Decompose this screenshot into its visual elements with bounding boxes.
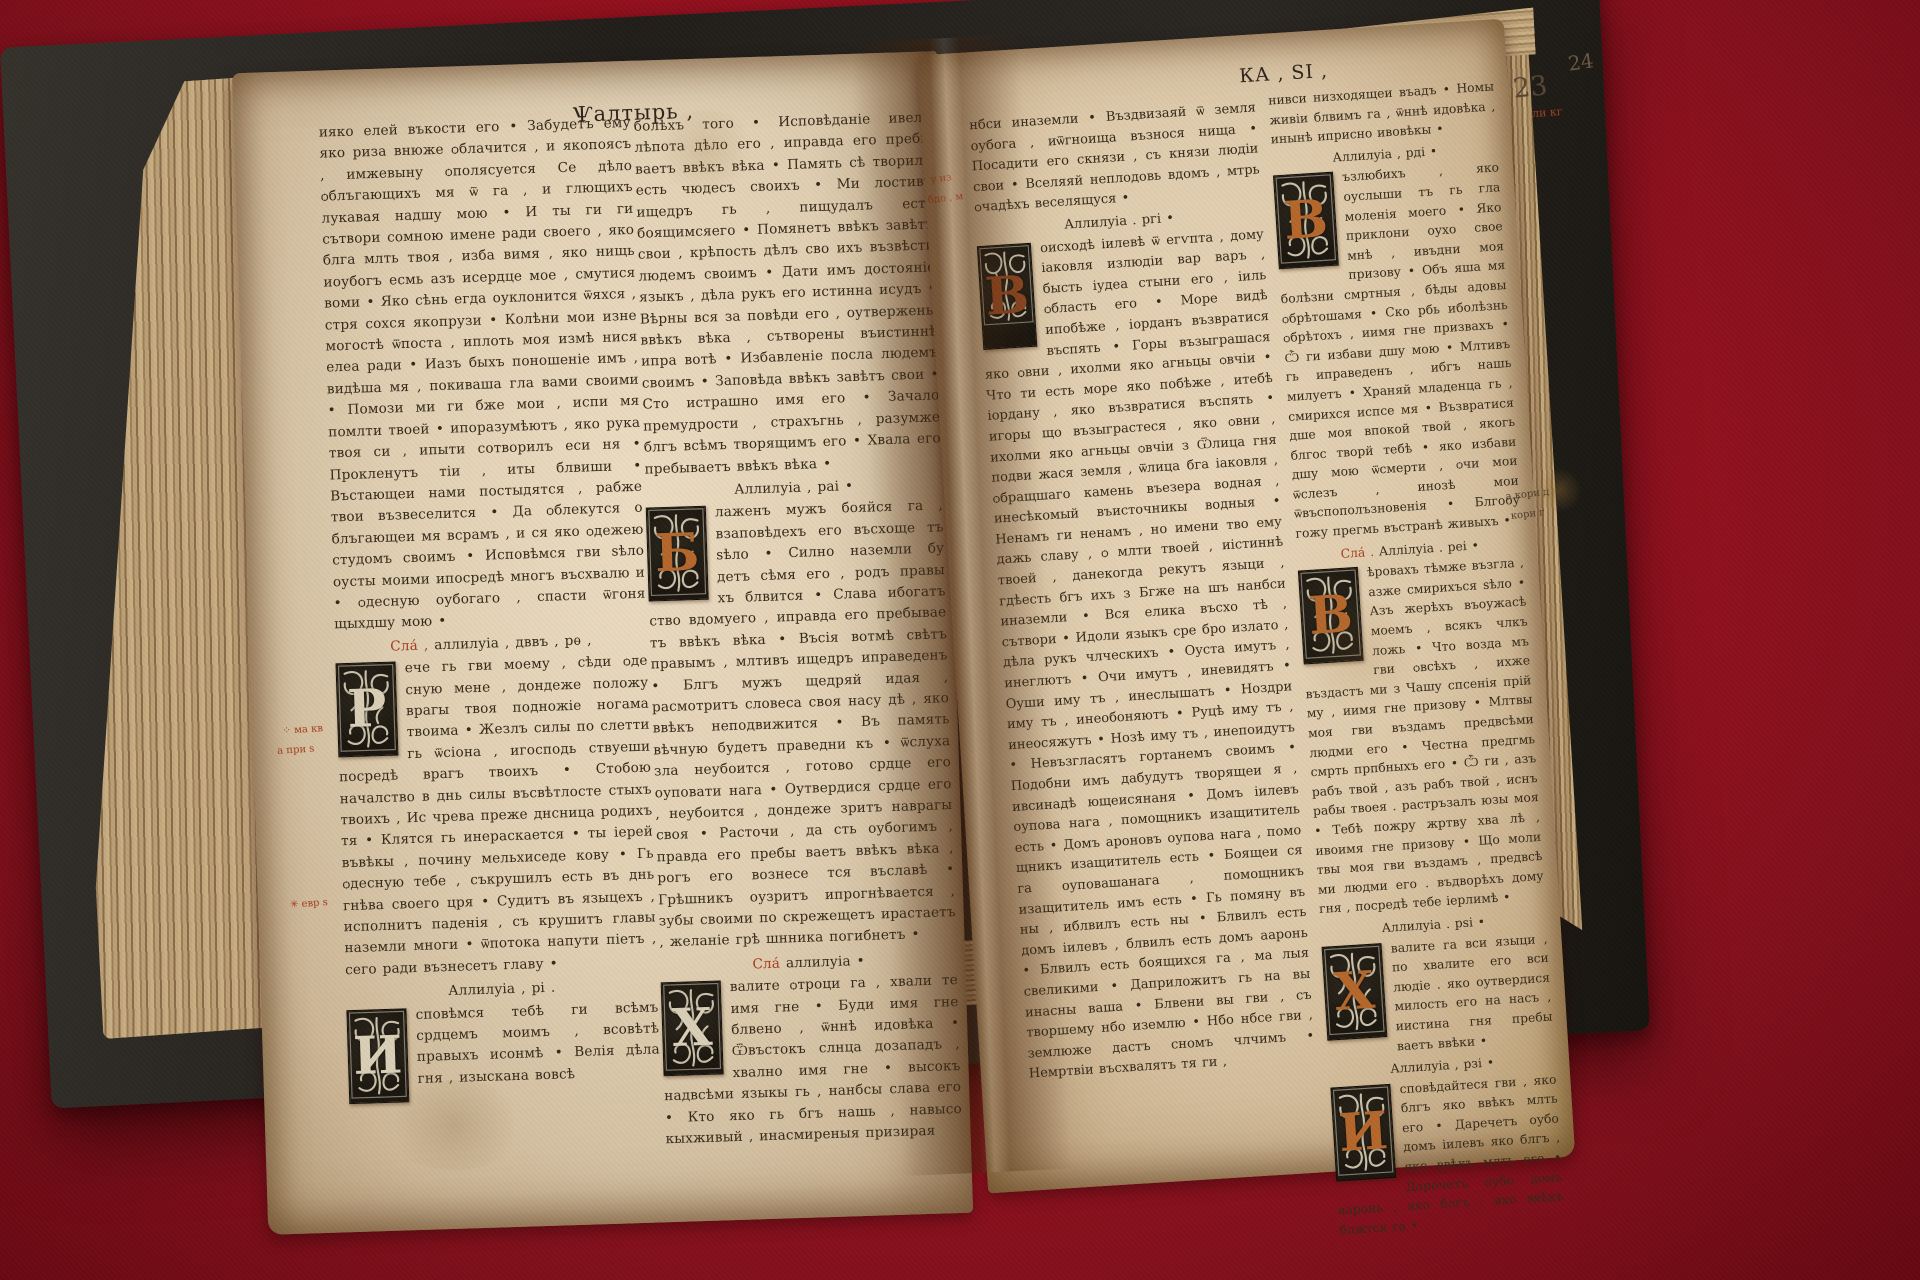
ornamental-initial: В bbox=[977, 242, 1037, 349]
psalm-block: ияко елей въкости его • Забудетъ ему яко… bbox=[319, 113, 647, 636]
psalm-block: болѣхъ того • Исповѣданіе ивеле лѣпота д… bbox=[633, 107, 941, 480]
margin-note: а при ѕ bbox=[277, 742, 315, 757]
ornamental-initial: И bbox=[346, 1008, 409, 1104]
psalm-text: оисходѣ іилевѣ ѿ егѵпта , дому іаковля и… bbox=[977, 225, 1316, 1086]
psalm-block: нбси иназемли • Въздвизаяй ѿ земля оубог… bbox=[969, 98, 1262, 219]
psalm-text: ияко елей въкости его • Забудетъ ему яко… bbox=[319, 113, 647, 636]
ornamental-initial: В bbox=[1298, 567, 1364, 665]
psalm-block: В ъзлюбихъ , яко оуслыши тъ гь гла молен… bbox=[1273, 159, 1522, 547]
ornamental-initial: Р bbox=[336, 662, 399, 758]
psalm-block: Р ече гь гви моему , сѣди ѻде сную мене … bbox=[335, 651, 657, 984]
initial-letter: Р bbox=[337, 663, 398, 757]
folio-red-note: ли кг bbox=[1532, 105, 1563, 120]
margin-note: у из bbox=[930, 171, 953, 186]
left-page-column-2: болѣхъ того • Исповѣданіе ивеле лѣпота д… bbox=[633, 107, 962, 1152]
ornamental-initial: Х bbox=[661, 981, 724, 1077]
psalm-block: Б лаженъ мужъ бояйся га , взаповѣдехъ ег… bbox=[646, 496, 957, 957]
photo-scene: Ѱалтырь , ияко елей въкости его • Забуде… bbox=[0, 0, 1920, 1280]
psalm-text: нбси иназемли • Въздвизаяй ѿ земля оубог… bbox=[969, 98, 1262, 219]
initial-letter: И bbox=[347, 1009, 408, 1103]
ornamental-initial: В bbox=[1273, 172, 1339, 270]
psalm-block: Х валите га вси языци , по хвалите его в… bbox=[1321, 929, 1554, 1063]
left-page: Ѱалтырь , ияко елей въкости его • Забуде… bbox=[232, 51, 973, 1235]
ornamental-initial: И bbox=[1330, 1084, 1396, 1182]
psalm-block: И сповѣмся тебѣ ги всѣмъ срдцемъ моимъ ,… bbox=[346, 997, 661, 1106]
margin-note: ✳ евр ѕ bbox=[290, 896, 329, 911]
right-page-column-1: нбси иназемли • Въздвизаяй ѿ земля оубог… bbox=[969, 98, 1317, 1087]
folio-number-pencil-back: 24 bbox=[1566, 48, 1595, 75]
initial-letter: Х bbox=[662, 982, 723, 1076]
folio-number-pencil: 23 bbox=[1511, 70, 1548, 104]
psalm-block: Х валите ѻтроци га , хвали те имя гне • … bbox=[661, 970, 963, 1152]
initial-letter: В bbox=[1274, 173, 1338, 268]
initial-letter: Х bbox=[1323, 944, 1387, 1039]
psalm-block: В ѣровахъ тѣмже възгла , азже смирихъся … bbox=[1298, 554, 1546, 922]
ornamental-initial: Б bbox=[646, 506, 709, 602]
initial-letter: В bbox=[1299, 568, 1363, 663]
margin-note: бдо , м bbox=[927, 190, 964, 207]
rubric-red-text: Сла́ , bbox=[390, 637, 434, 654]
initial-letter: В bbox=[978, 243, 1036, 348]
margin-note: ⁘ ма кв bbox=[282, 722, 323, 738]
psalm-block: В оисходѣ іилевѣ ѿ егѵпта , дому іаковля… bbox=[977, 225, 1317, 1088]
initial-letter: Б bbox=[647, 507, 708, 601]
rubric-red-text: Сла́ . bbox=[1340, 544, 1379, 560]
initial-letter: И bbox=[1331, 1085, 1395, 1180]
rubric-red-text: Сла́ bbox=[752, 955, 786, 972]
ornamental-initial: Х bbox=[1322, 943, 1388, 1041]
left-page-column-1: ияко елей въкости его • Забудетъ ему яко… bbox=[319, 113, 662, 1106]
psalm-block: И сповѣдайтеся гви , яко блгъ яко ввѣкъ … bbox=[1330, 1070, 1566, 1243]
psalm-text: болѣхъ того • Исповѣданіе ивеле лѣпота д… bbox=[633, 107, 941, 480]
right-page: КА , ЅІ , нбси иназемли • Въздвизаяй ѿ з… bbox=[917, 19, 1575, 1194]
